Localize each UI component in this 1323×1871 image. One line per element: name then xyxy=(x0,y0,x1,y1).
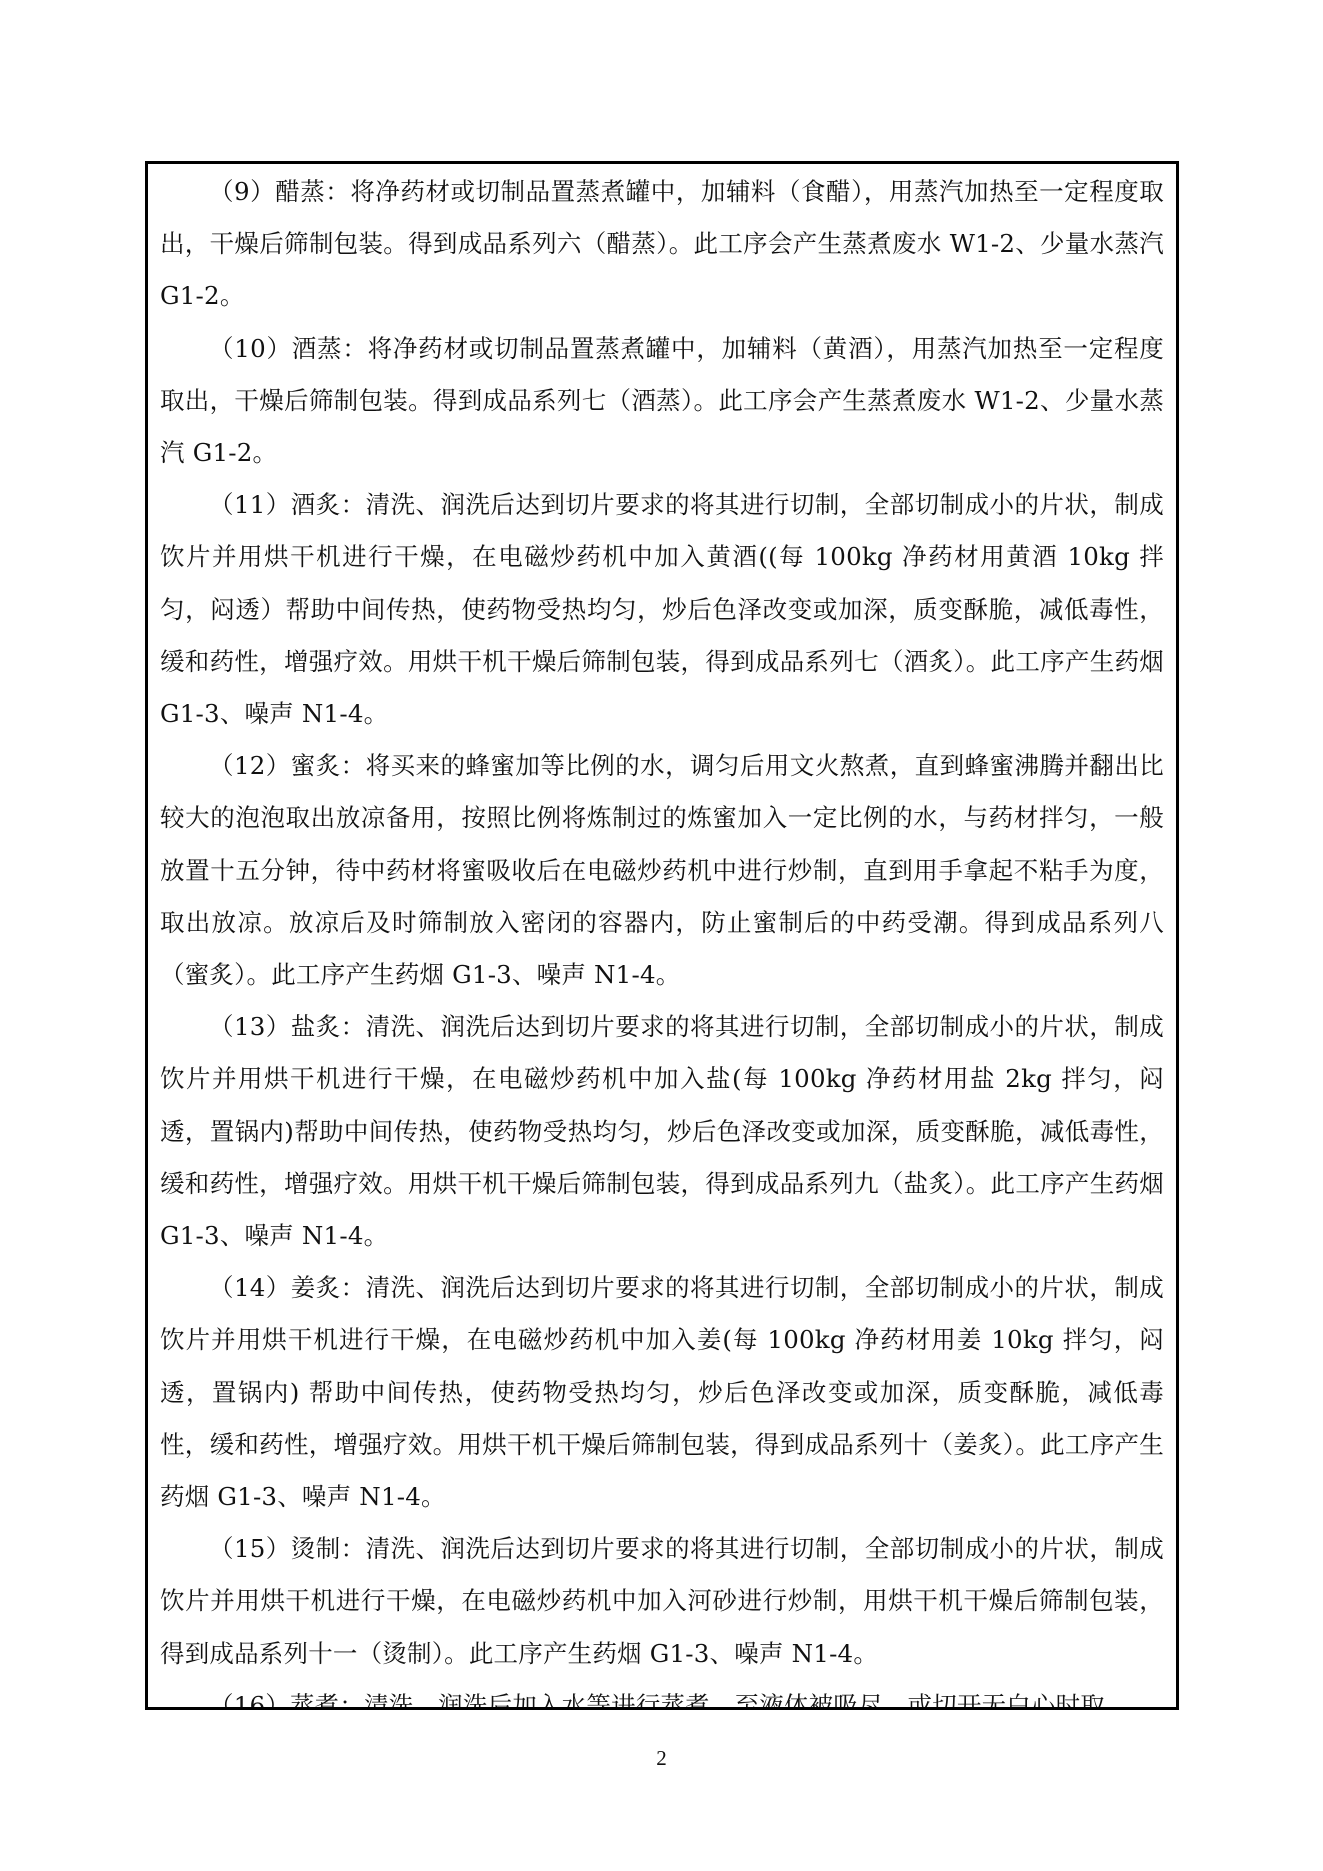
paragraph-steaming-boiling: （16）蒸煮：清洗、润洗后加入水等进行蒸煮，至液体被吸尽，或切开无白心时取 xyxy=(160,1680,1164,1710)
paragraph-wine-roasting: （11）酒炙：清洗、润洗后达到切片要求的将其进行切制，全部切制成小的片状，制成饮… xyxy=(160,479,1164,740)
paragraph-scalding: （15）烫制：清洗、润洗后达到切片要求的将其进行切制，全部切制成小的片状，制成饮… xyxy=(160,1523,1164,1680)
content-frame: （9）醋蒸：将净药材或切制品置蒸煮罐中，加辅料（食醋），用蒸汽加热至一定程度取出… xyxy=(145,161,1179,1710)
paragraph-wine-steaming: （10）酒蒸：将净药材或切制品置蒸煮罐中，加辅料（黄酒），用蒸汽加热至一定程度取… xyxy=(160,323,1164,480)
paragraph-honey-roasting: （12）蜜炙：将买来的蜂蜜加等比例的水，调匀后用文火熬煮，直到蜂蜜沸腾并翻出比较… xyxy=(160,740,1164,1001)
page-number: 2 xyxy=(0,1746,1323,1771)
document-body: （9）醋蒸：将净药材或切制品置蒸煮罐中，加辅料（食醋），用蒸汽加热至一定程度取出… xyxy=(160,166,1164,1710)
paragraph-vinegar-steaming: （9）醋蒸：将净药材或切制品置蒸煮罐中，加辅料（食醋），用蒸汽加热至一定程度取出… xyxy=(160,166,1164,323)
paragraph-ginger-roasting: （14）姜炙：清洗、润洗后达到切片要求的将其进行切制，全部切制成小的片状，制成饮… xyxy=(160,1262,1164,1523)
paragraph-salt-roasting: （13）盐炙：清洗、润洗后达到切片要求的将其进行切制，全部切制成小的片状，制成饮… xyxy=(160,1001,1164,1262)
